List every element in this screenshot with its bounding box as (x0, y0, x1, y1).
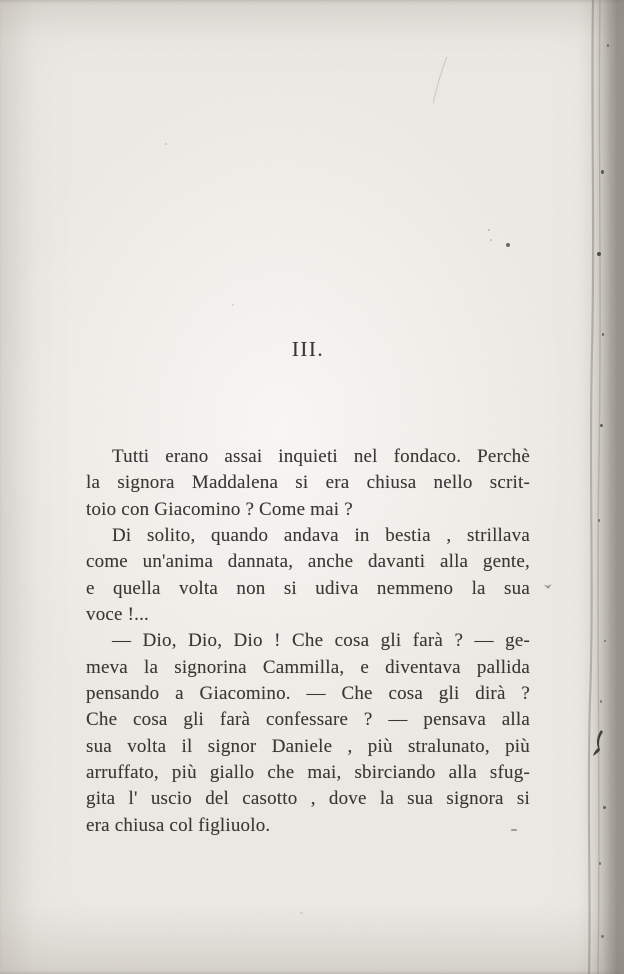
text-line: sua volta il signor Daniele , più stralu… (86, 734, 530, 760)
ink-speck (488, 229, 490, 231)
paper-scratch (425, 55, 455, 105)
page-edge-crease-line (578, 0, 624, 974)
text-line: Di solito, quando andava in bestia , str… (86, 523, 530, 549)
ink-speck (506, 243, 510, 247)
text-line: Tutti erano assai inquieti nel fondaco. … (86, 444, 530, 470)
text-line: pensando a Giacomino. — Che cosa gli dir… (86, 681, 530, 707)
text-line: la signora Maddalena si era chiusa nello… (86, 470, 530, 496)
text-line: gita l' uscio del casotto , dove la sua … (86, 786, 530, 812)
text-line: meva la signorina Cammilla, e diventava … (86, 655, 530, 681)
text-line: — Dio, Dio, Dio ! Che cosa gli farà ? — … (86, 628, 530, 654)
text-line: come un'anima dannata, anche davanti all… (86, 549, 530, 575)
ink-speck (232, 304, 234, 306)
text-line: Che cosa gli farà confessare ? — pensava… (86, 707, 530, 733)
text-line: toio con Giacomino ? Come mai ? (86, 497, 530, 523)
smudge-mark (544, 583, 553, 589)
text-line: e quella volta non si udiva nemmeno la s… (86, 576, 530, 602)
text-line: voce !... (86, 602, 530, 628)
ink-speck (490, 239, 492, 241)
ink-speck (300, 912, 303, 914)
book-page: III. Tutti erano assai inquieti nel fond… (0, 0, 624, 974)
chapter-heading: III. (86, 337, 530, 362)
text-line: era chiusa col figliuolo. (86, 813, 530, 839)
ink-speck (165, 143, 167, 145)
text-line: arruffato, più giallo che mai, sbirciand… (86, 760, 530, 786)
page-text-block: Tutti erano assai inquieti nel fondaco. … (86, 444, 530, 839)
